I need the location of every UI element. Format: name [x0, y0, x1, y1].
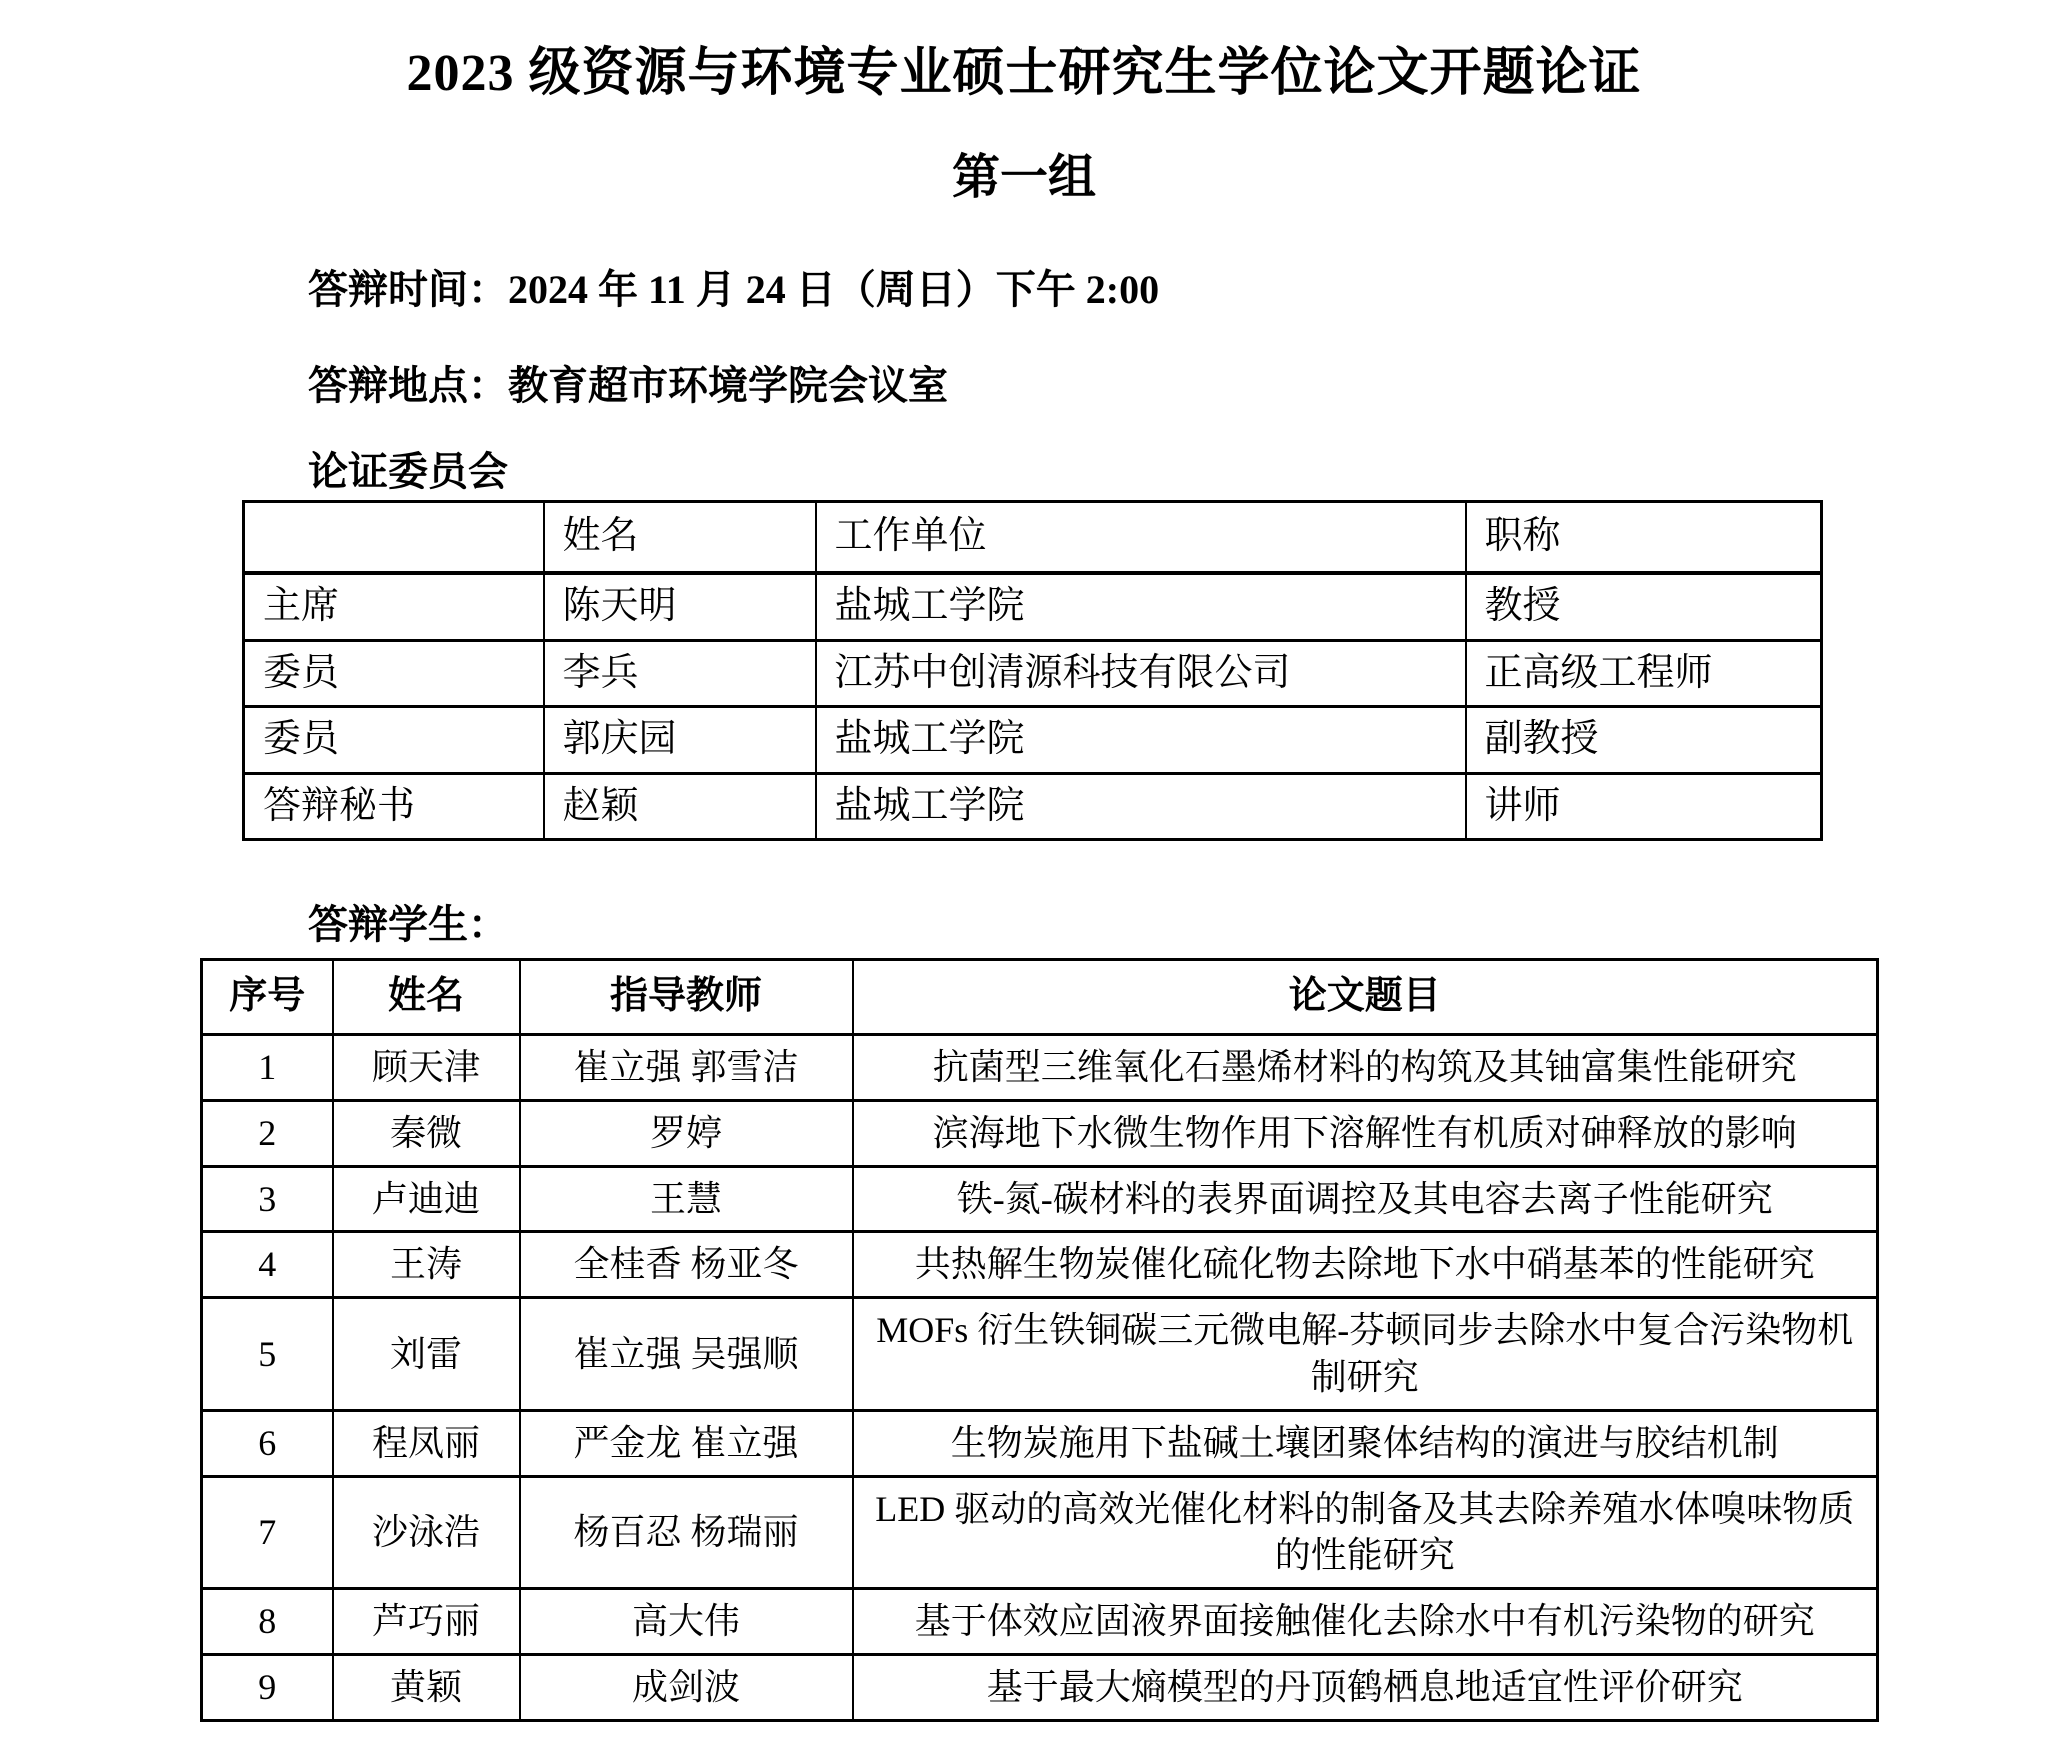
cell-index: 2 [202, 1100, 333, 1166]
table-row: 委员 李兵 江苏中创清源科技有限公司 正高级工程师 [244, 640, 1822, 707]
cell-index: 1 [202, 1035, 333, 1101]
document-page: 2023 级资源与环境专业硕士研究生学位论文开题论证 第一组 答辩时间：2024… [0, 0, 2048, 1763]
header-cell-name: 姓名 [333, 960, 520, 1035]
group-subtitle: 第一组 [0, 138, 2048, 207]
cell-thesis: MOFs 衍生铁铜碳三元微电解-芬顿同步去除水中复合污染物机制研究 [853, 1298, 1878, 1411]
cell-name: 卢迪迪 [333, 1166, 520, 1232]
cell-thesis: 基于最大熵模型的丹顶鹤栖息地适宜性评价研究 [853, 1654, 1878, 1720]
table-row: 8 芦巧丽 高大伟 基于体效应固液界面接触催化去除水中有机污染物的研究 [202, 1589, 1878, 1655]
cell-index: 8 [202, 1589, 333, 1655]
table-row: 1 顾天津 崔立强 郭雪洁 抗菌型三维氧化石墨烯材料的构筑及其铀富集性能研究 [202, 1035, 1878, 1101]
cell-name: 郭庆园 [544, 707, 816, 774]
cell-advisor: 崔立强 郭雪洁 [520, 1035, 853, 1101]
defense-time-value: 2024 年 11 月 24 日（周日）下午 2:00 [508, 267, 1159, 312]
cell-thesis: 滨海地下水微生物作用下溶解性有机质对砷释放的影响 [853, 1100, 1878, 1166]
page-title: 2023 级资源与环境专业硕士研究生学位论文开题论证 [0, 30, 2048, 105]
cell-index: 3 [202, 1166, 333, 1232]
cell-thesis: 铁-氮-碳材料的表界面调控及其电容去离子性能研究 [853, 1166, 1878, 1232]
cell-advisor: 王慧 [520, 1166, 853, 1232]
cell-name: 秦微 [333, 1100, 520, 1166]
cell-advisor: 杨百忍 杨瑞丽 [520, 1476, 853, 1589]
table-row: 7 沙泳浩 杨百忍 杨瑞丽 LED 驱动的高效光催化材料的制备及其去除养殖水体嗅… [202, 1476, 1878, 1589]
table-row: 6 程凤丽 严金龙 崔立强 生物炭施用下盐碱土壤团聚体结构的演进与胶结机制 [202, 1410, 1878, 1476]
cell-name: 赵颖 [544, 773, 816, 840]
table-row: 4 王涛 全桂香 杨亚冬 共热解生物炭催化硫化物去除地下水中硝基苯的性能研究 [202, 1232, 1878, 1298]
cell-name: 李兵 [544, 640, 816, 707]
header-cell-advisor: 指导教师 [520, 960, 853, 1035]
cell-advisor: 崔立强 吴强顺 [520, 1298, 853, 1411]
cell-advisor: 严金龙 崔立强 [520, 1410, 853, 1476]
cell-name: 陈天明 [544, 573, 816, 640]
cell-affiliation: 盐城工学院 [816, 573, 1466, 640]
cell-title: 讲师 [1466, 773, 1822, 840]
cell-role: 主席 [244, 573, 544, 640]
cell-index: 9 [202, 1654, 333, 1720]
defense-place-label: 答辩地点： [308, 363, 508, 408]
cell-name: 程凤丽 [333, 1410, 520, 1476]
cell-index: 7 [202, 1476, 333, 1589]
cell-title: 副教授 [1466, 707, 1822, 774]
cell-index: 5 [202, 1298, 333, 1411]
cell-name: 黄颖 [333, 1654, 520, 1720]
cell-advisor: 罗婷 [520, 1100, 853, 1166]
cell-name: 芦巧丽 [333, 1589, 520, 1655]
committee-heading: 论证委员会 [308, 440, 508, 497]
cell-name: 沙泳浩 [333, 1476, 520, 1589]
table-row: 9 黄颖 成剑波 基于最大熵模型的丹顶鹤栖息地适宜性评价研究 [202, 1654, 1878, 1720]
table-header-row: 序号 姓名 指导教师 论文题目 [202, 960, 1878, 1035]
cell-advisor: 全桂香 杨亚冬 [520, 1232, 853, 1298]
cell-role: 答辩秘书 [244, 773, 544, 840]
header-cell-thesis: 论文题目 [853, 960, 1878, 1035]
cell-role: 委员 [244, 640, 544, 707]
cell-affiliation: 盐城工学院 [816, 773, 1466, 840]
cell-thesis: 基于体效应固液界面接触催化去除水中有机污染物的研究 [853, 1589, 1878, 1655]
cell-thesis: 共热解生物炭催化硫化物去除地下水中硝基苯的性能研究 [853, 1232, 1878, 1298]
header-cell-name: 姓名 [544, 502, 816, 574]
cell-advisor: 成剑波 [520, 1654, 853, 1720]
header-cell-title: 职称 [1466, 502, 1822, 574]
cell-role: 委员 [244, 707, 544, 774]
table-row: 2 秦微 罗婷 滨海地下水微生物作用下溶解性有机质对砷释放的影响 [202, 1100, 1878, 1166]
defense-place-line: 答辩地点：教育超市环境学院会议室 [308, 354, 948, 411]
cell-affiliation: 江苏中创清源科技有限公司 [816, 640, 1466, 707]
students-table: 序号 姓名 指导教师 论文题目 1 顾天津 崔立强 郭雪洁 抗菌型三维氧化石墨烯… [200, 958, 1879, 1722]
cell-name: 刘雷 [333, 1298, 520, 1411]
table-row: 5 刘雷 崔立强 吴强顺 MOFs 衍生铁铜碳三元微电解-芬顿同步去除水中复合污… [202, 1298, 1878, 1411]
cell-thesis: LED 驱动的高效光催化材料的制备及其去除养殖水体嗅味物质的性能研究 [853, 1476, 1878, 1589]
table-row: 主席 陈天明 盐城工学院 教授 [244, 573, 1822, 640]
cell-name: 王涛 [333, 1232, 520, 1298]
header-cell-role [244, 502, 544, 574]
cell-name: 顾天津 [333, 1035, 520, 1101]
defense-place-value: 教育超市环境学院会议室 [508, 363, 948, 408]
committee-table: 姓名 工作单位 职称 主席 陈天明 盐城工学院 教授 委员 李兵 江苏中创清源科… [242, 500, 1823, 841]
table-row: 3 卢迪迪 王慧 铁-氮-碳材料的表界面调控及其电容去离子性能研究 [202, 1166, 1878, 1232]
defense-time-label: 答辩时间： [308, 267, 508, 312]
table-row: 委员 郭庆园 盐城工学院 副教授 [244, 707, 1822, 774]
students-heading: 答辩学生： [308, 893, 508, 950]
header-cell-index: 序号 [202, 960, 333, 1035]
cell-thesis: 抗菌型三维氧化石墨烯材料的构筑及其铀富集性能研究 [853, 1035, 1878, 1101]
table-row: 答辩秘书 赵颖 盐城工学院 讲师 [244, 773, 1822, 840]
header-cell-affiliation: 工作单位 [816, 502, 1466, 574]
cell-thesis: 生物炭施用下盐碱土壤团聚体结构的演进与胶结机制 [853, 1410, 1878, 1476]
cell-title: 教授 [1466, 573, 1822, 640]
defense-time-line: 答辩时间：2024 年 11 月 24 日（周日）下午 2:00 [308, 258, 1159, 315]
table-header-row: 姓名 工作单位 职称 [244, 502, 1822, 574]
cell-advisor: 高大伟 [520, 1589, 853, 1655]
cell-index: 6 [202, 1410, 333, 1476]
cell-affiliation: 盐城工学院 [816, 707, 1466, 774]
cell-title: 正高级工程师 [1466, 640, 1822, 707]
cell-index: 4 [202, 1232, 333, 1298]
